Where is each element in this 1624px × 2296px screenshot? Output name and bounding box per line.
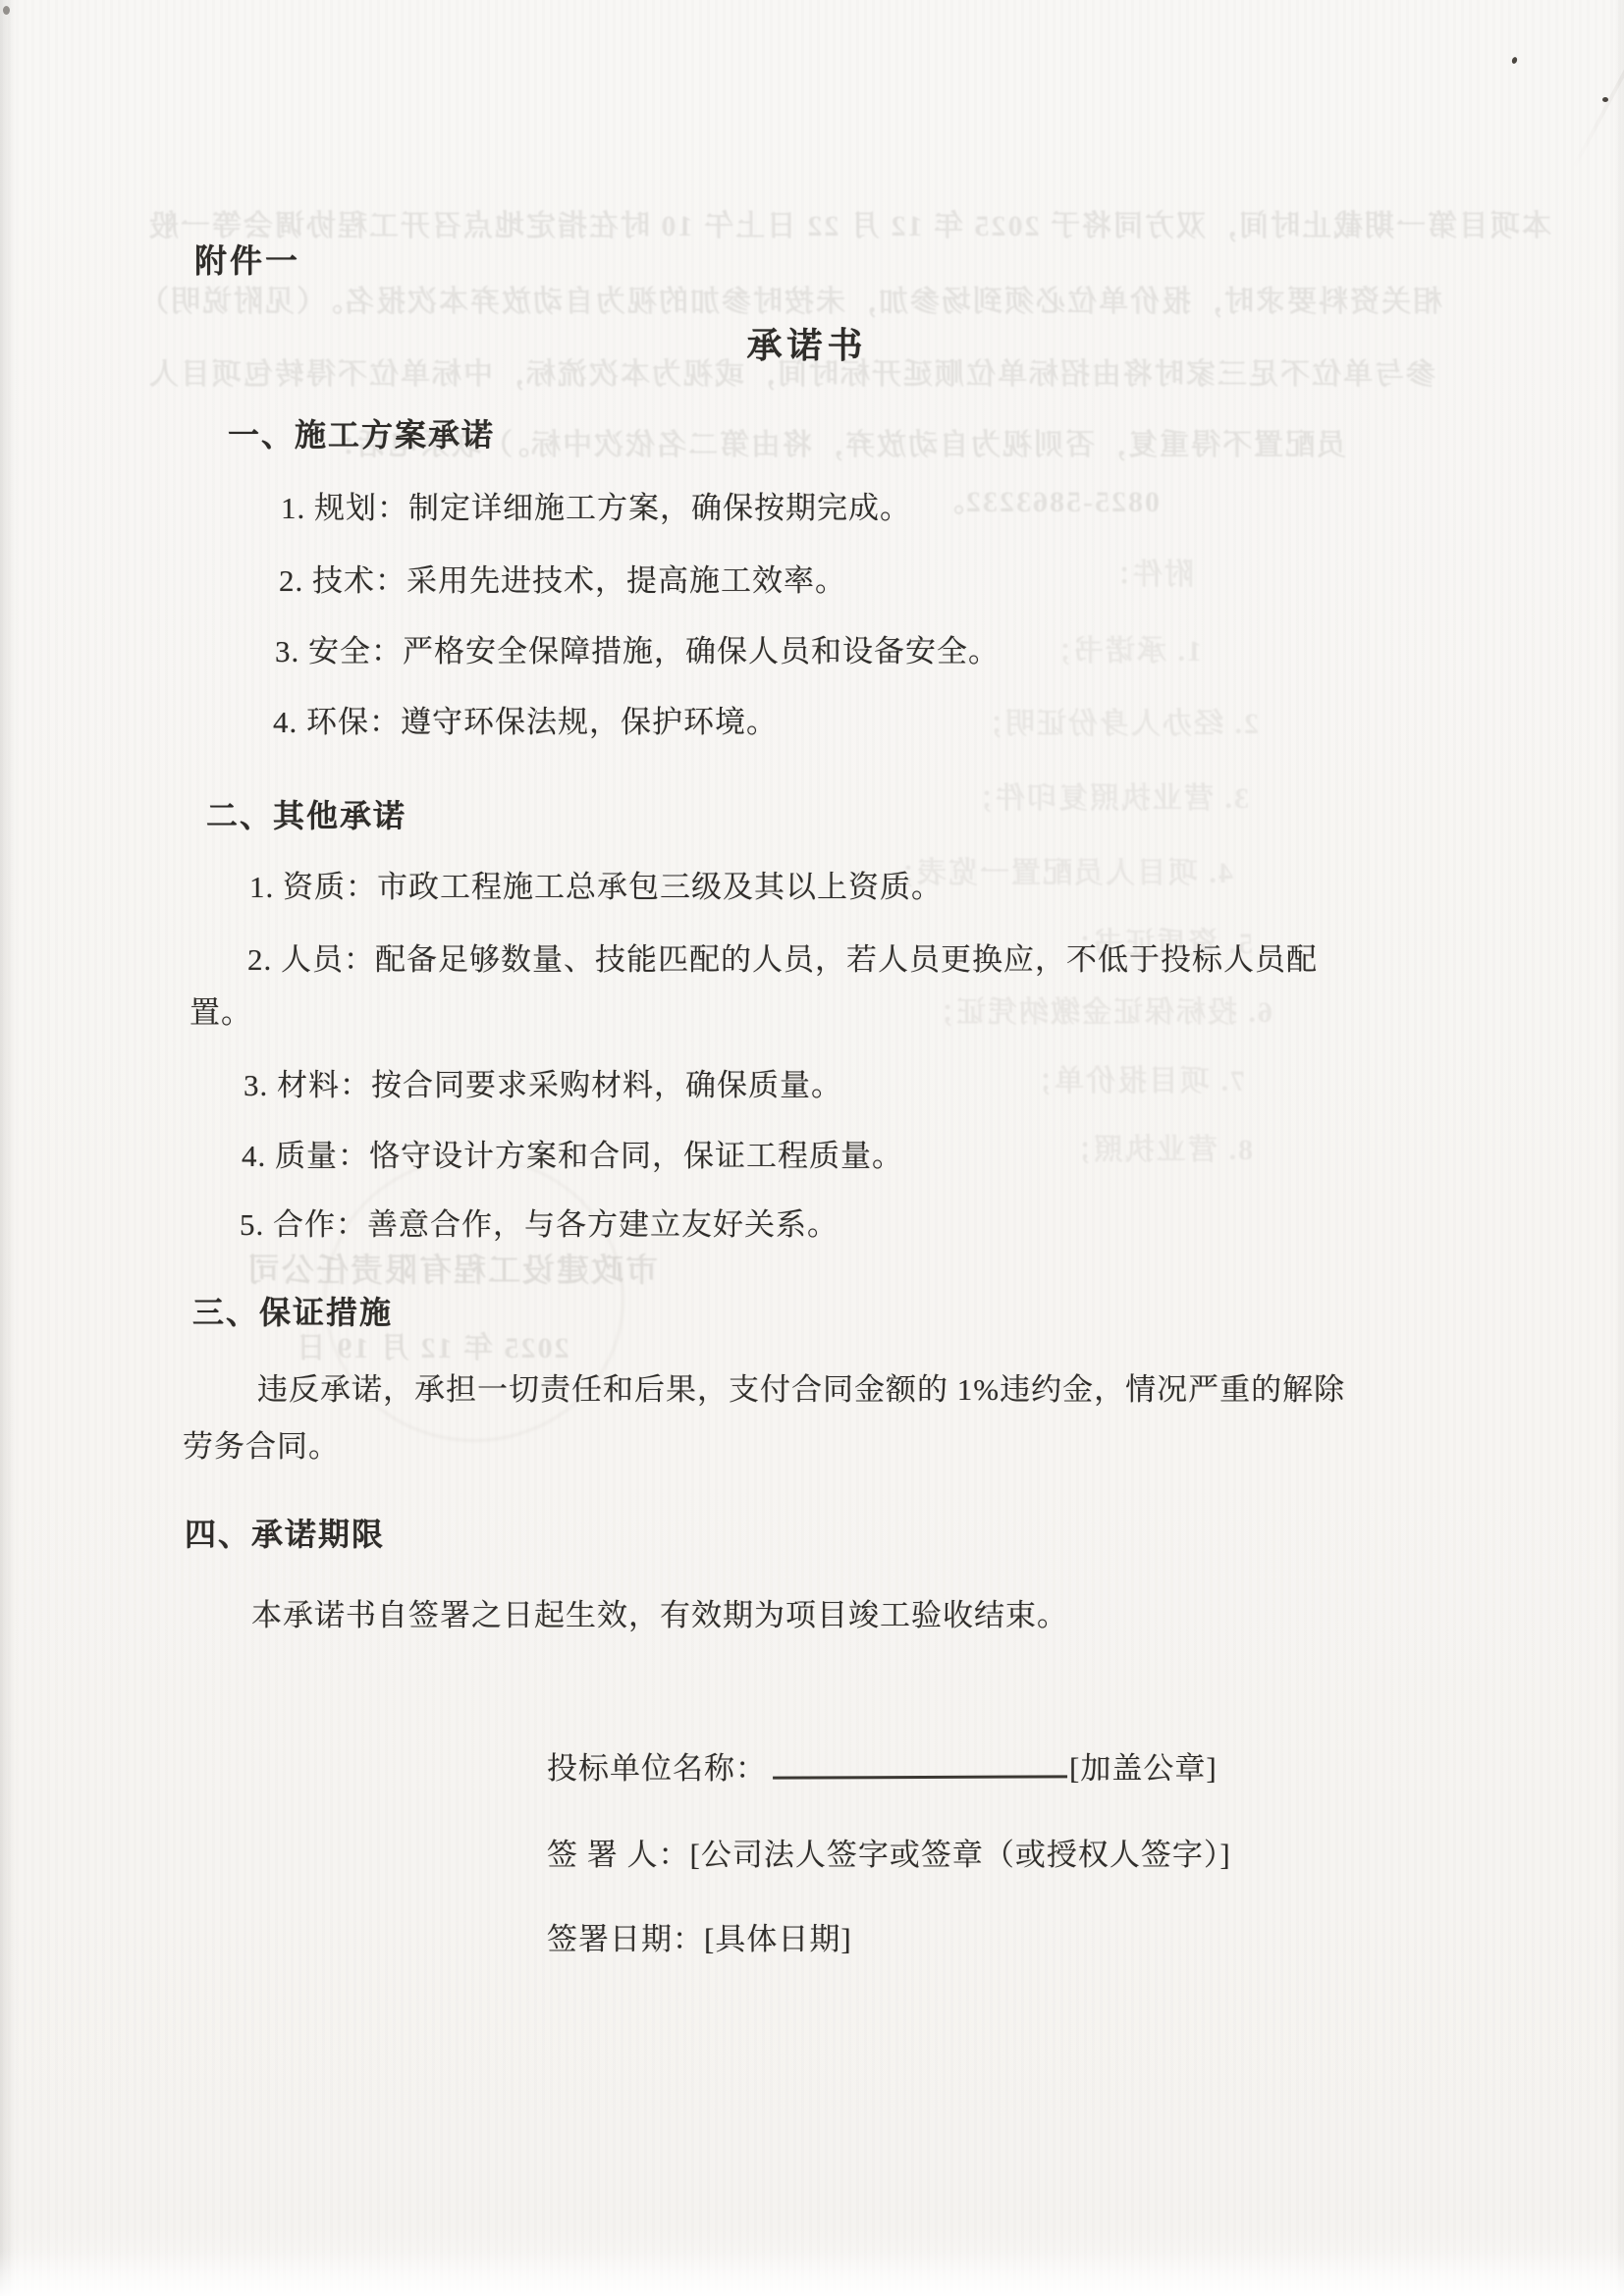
bleedthrough-stamp-company: 市政建设工程有限责任公司 [245,1245,658,1291]
section-2-item: 3. 材料：按合同要求采购材料，确保质量。 [244,1060,842,1104]
sign-date-value: [具体日期] [704,1922,852,1956]
section-1-item: 3. 安全：严格安全保障措施，确保人员和设备安全。 [275,626,1000,670]
bleedthrough-attachment-item: 7. 项目报价单； [1021,1056,1245,1099]
section-2-item-continuation: 置。 [189,988,252,1032]
bidder-name-label: 投标单位名称： [547,1751,767,1786]
section-2-item: 5. 合作：善意合作，与各方建立友好关系。 [240,1200,839,1244]
section-2-item: 4. 质量：恪守设计方案和合同，保证工程质量。 [242,1131,903,1175]
bleedthrough-attachment-title: 附件： [1100,550,1194,593]
seal-note: [加盖公章] [1069,1751,1218,1786]
section-3-paragraph-line: 违反承诺，承担一切责任和后果，支付合同金额的 1%违约金，情况严重的解除 [257,1364,1345,1409]
section-4-paragraph-line: 本承诺书自签署之日起生效，有效期为项目竣工验收结束。 [251,1590,1068,1634]
signer-value: [公司法人签字或签章（或授权人签字）] [690,1838,1231,1872]
section-2-heading: 二、其他承诺 [206,791,406,836]
bleedthrough-attachment-item: 8. 营业执照； [1060,1125,1253,1168]
scan-speck [1511,56,1518,64]
bidder-name-blank-line [773,1745,1067,1779]
bidder-name-line: 投标单位名称：[加盖公章] [547,1743,1218,1788]
section-1-item: 4. 环保：遵守环保法规，保护环境。 [273,697,778,741]
bleedthrough-attachment-item: 1. 承诺书； [1041,626,1202,669]
attachment-label: 附件一 [194,236,300,282]
bleedthrough-attachment-item: 2. 经办人身份证明； [972,699,1259,742]
bleedthrough-attachment-item: 3. 营业执照复印件； [962,774,1249,817]
bleedthrough-line: 本项目第一期截止时间，双方同将于 2025 年 12 月 22 日上午 10 时… [147,201,1551,244]
signer-line: 签 署 人：[公司法人签字或签章（或授权人签字）] [547,1830,1231,1874]
section-4-heading: 四、承诺期限 [185,1510,385,1555]
scanned-document-page: 本项目第一期截止时间，双方同将于 2025 年 12 月 22 日上午 10 时… [0,0,1624,2296]
bleedthrough-line: 相关资料要求时，报价单位必须到场参加，未按时参加的视为自动放弃本次报名。（见附说… [137,277,1442,320]
scan-speck [1602,97,1608,102]
section-2-item: 1. 资质：市政工程施工总承包三级及其以上资质。 [249,862,943,906]
sign-date-label: 签署日期： [547,1922,704,1956]
section-1-item: 1. 规划：制定详细施工方案，确保按期完成。 [281,483,911,527]
bleedthrough-attachment-item: 6. 投标保证金缴纳凭证； [923,988,1272,1031]
scan-edge-shadow-right [1614,0,1624,2296]
bleedthrough-line: 0825-5863232。 [933,477,1160,520]
section-2-item: 2. 人员：配备足够数量、技能匹配的人员，若人员更换应，不低于投标人员配 [247,934,1318,979]
section-1-item: 2. 技术：采用先进技术，提高施工效率。 [279,556,846,600]
signer-label: 签 署 人： [547,1838,690,1872]
section-1-heading: 一、施工方案承诺 [228,410,495,455]
section-3-heading: 三、保证措施 [192,1288,393,1333]
section-3-paragraph-line: 劳务合同。 [183,1421,340,1466]
document-title: 承诺书 [746,318,867,368]
scan-speck [3,6,10,15]
scan-edge-light-bottom [0,2251,1624,2296]
sign-date-line: 签署日期：[具体日期] [547,1914,852,1958]
scan-edge-shadow-left [0,0,16,2296]
